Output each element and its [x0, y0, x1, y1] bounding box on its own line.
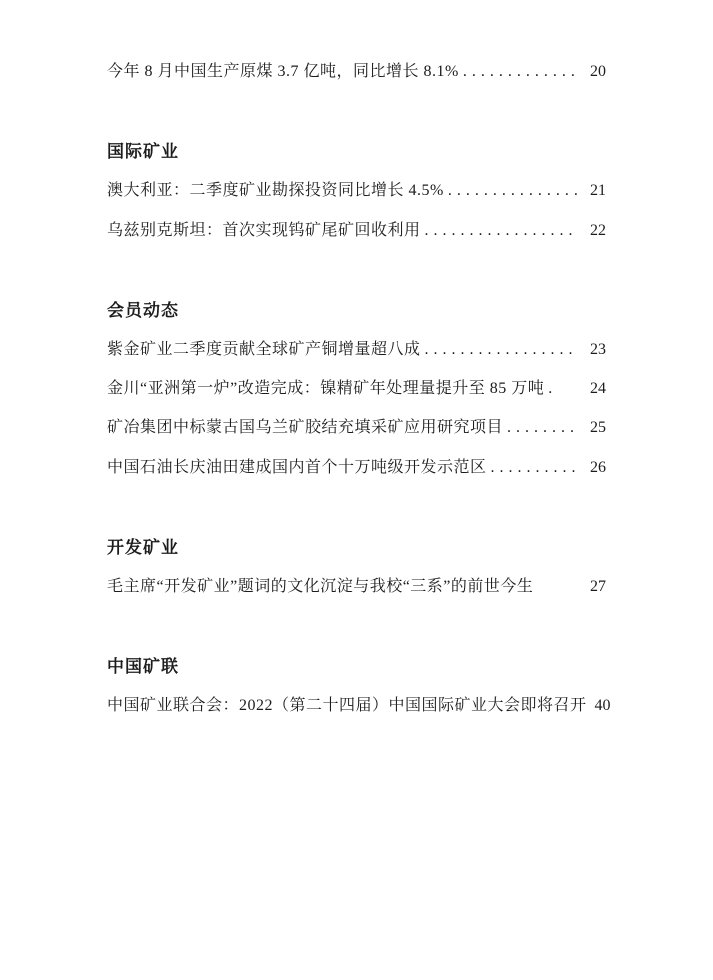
toc-entry-title: 金川“亚洲第一炉”改造完成：镍精矿年处理量提升至 85 万吨: [107, 369, 544, 408]
toc-entry[interactable]: 金川“亚洲第一炉”改造完成：镍精矿年处理量提升至 85 万吨 . 24: [107, 369, 606, 408]
toc-entry-title: 矿冶集团中标蒙古国乌兰矿胶结充填采矿应用研究项目: [107, 408, 503, 447]
toc-page-number: 21: [586, 171, 606, 210]
toc-page-number: 23: [586, 330, 606, 369]
toc-leader-dots: ..........: [487, 448, 586, 487]
toc-leader-dots: .................: [421, 211, 586, 250]
toc-leader-dots: .: [544, 369, 586, 408]
toc-page-number: 25: [586, 408, 606, 447]
toc-entry-title: 中国矿业联合会：2022（第二十四届）中国国际矿业大会即将召开: [107, 686, 587, 725]
document-page: 今年 8 月中国生产原煤 3.7 亿吨，同比增长 8.1% ..........…: [0, 0, 713, 980]
toc-entry-title: 今年 8 月中国生产原煤 3.7 亿吨，同比增长 8.1%: [107, 52, 459, 91]
toc-entry-title: 紫金矿业二季度贡献全球矿产铜增量超八成: [107, 330, 421, 369]
toc-entry[interactable]: 矿冶集团中标蒙古国乌兰矿胶结充填采矿应用研究项目 ........ 25: [107, 408, 606, 447]
toc-page-number: 40: [591, 686, 611, 725]
toc-entry[interactable]: 毛主席“开发矿业”题词的文化沉淀与我校“三系”的前世今生 27: [107, 567, 606, 606]
toc-entry-title: 中国石油长庆油田建成国内首个十万吨级开发示范区: [107, 448, 487, 487]
toc-entry-title: 乌兹别克斯坦：首次实现钨矿尾矿回收利用: [107, 211, 421, 250]
toc-leader-dots: ........: [503, 408, 586, 447]
toc-entry-title: 澳大利亚：二季度矿业勘探投资同比增长 4.5%: [107, 171, 444, 210]
toc-entry[interactable]: 澳大利亚：二季度矿业勘探投资同比增长 4.5% ............... …: [107, 171, 606, 210]
toc-leader-dots: .................: [421, 330, 586, 369]
toc-section-header: 中国矿联: [107, 647, 606, 686]
toc-entry[interactable]: 今年 8 月中国生产原煤 3.7 亿吨，同比增长 8.1% ..........…: [107, 52, 606, 91]
toc-entry-title: 毛主席“开发矿业”题词的文化沉淀与我校“三系”的前世今生: [107, 567, 533, 606]
toc-entry[interactable]: 紫金矿业二季度贡献全球矿产铜增量超八成 ................. 23: [107, 330, 606, 369]
toc-entry[interactable]: 中国矿业联合会：2022（第二十四届）中国国际矿业大会即将召开 40: [107, 686, 606, 725]
toc-section-header: 国际矿业: [107, 132, 606, 171]
toc-leader-dots: ...............: [444, 171, 586, 210]
toc-page-number: 20: [586, 52, 606, 91]
table-of-contents: 今年 8 月中国生产原煤 3.7 亿吨，同比增长 8.1% ..........…: [0, 0, 713, 725]
toc-section-header: 开发矿业: [107, 528, 606, 567]
toc-page-number: 26: [586, 448, 606, 487]
toc-entry[interactable]: 中国石油长庆油田建成国内首个十万吨级开发示范区 .......... 26: [107, 448, 606, 487]
toc-entry[interactable]: 乌兹别克斯坦：首次实现钨矿尾矿回收利用 ................. 22: [107, 211, 606, 250]
toc-leader-dots: .............: [459, 52, 586, 91]
toc-page-number: 24: [586, 369, 606, 408]
toc-page-number: 22: [586, 211, 606, 250]
toc-section-header: 会员动态: [107, 291, 606, 330]
toc-page-number: 27: [586, 567, 606, 606]
